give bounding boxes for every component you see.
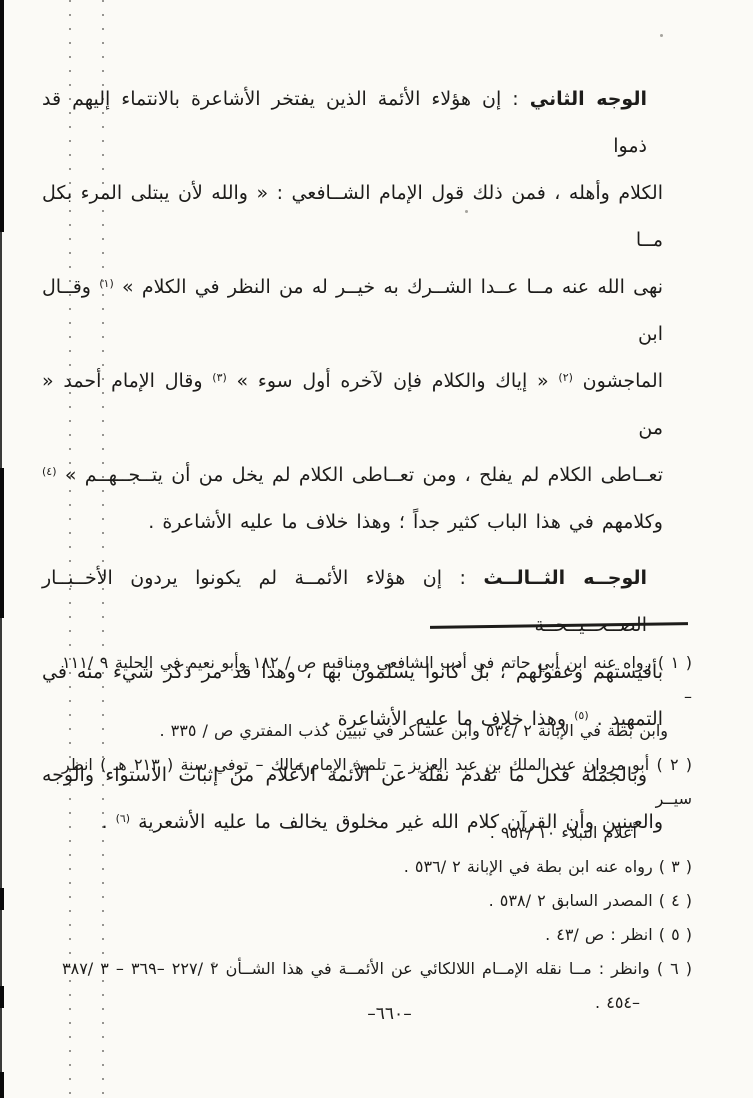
- footnote-line: ( ٣ ) رواه عنه ابن بطة في الإبانة ٢ /٥٣٦…: [62, 850, 692, 884]
- footnote-item: ( ٤ ) المصدر السابق ٢ /٥٣٨ .: [62, 884, 692, 918]
- scan-edge-segment: [0, 468, 4, 618]
- scanned-page: الوجه الثاني : إن هؤلاء الأئمة الذين يفت…: [0, 0, 753, 1098]
- page-number: –٦٦٠–: [0, 1004, 753, 1024]
- footnote-line: ( ١ ) رواه عنه ابن أبي حاتم في أدب الشاف…: [62, 646, 692, 714]
- body-line: وكلامهم في هذا الباب كثير جداً ؛ وهذا خل…: [42, 499, 663, 546]
- body-line: الماجشون (٢) « إياك والكلام فإن لآخره أو…: [42, 358, 663, 452]
- body-line: الوجــه الثــالــث : إن هؤلاء الأئمــة ل…: [42, 555, 663, 649]
- scan-edge-segment: [0, 0, 4, 232]
- body-line: الوجه الثاني : إن هؤلاء الأئمة الذين يفت…: [42, 76, 663, 170]
- footnote-line: ( ٥ ) انظر : ص /٤٣ .: [62, 918, 692, 952]
- scan-edge-segment: [0, 1072, 4, 1098]
- footnotes: ( ١ ) رواه عنه ابن أبي حاتم في أدب الشاف…: [62, 646, 692, 1020]
- scan-edge-segment: [0, 888, 4, 910]
- footnote-item: ( ٢ ) أبو مروان عبد الملك بن عبد العزيز …: [62, 748, 692, 850]
- paragraph: الوجه الثاني : إن هؤلاء الأئمة الذين يفت…: [42, 76, 663, 546]
- footnote-line: وابن بطة في الإبانة ٢ /٥٣٤ وابن عساكر في…: [62, 714, 692, 748]
- footnote-item: ( ١ ) رواه عنه ابن أبي حاتم في أدب الشاف…: [62, 646, 692, 748]
- footnote-line: ( ٤ ) المصدر السابق ٢ /٥٣٨ .: [62, 884, 692, 918]
- scan-speck: [660, 34, 663, 37]
- body-line: نهى الله عنه مــا عــدا الشــرك به خيــر…: [42, 264, 663, 358]
- footnote-item: ( ٥ ) انظر : ص /٤٣ .: [62, 918, 692, 952]
- body-line: تعــاطى الكلام لم يفلح ، ومن تعــاطى الك…: [42, 452, 663, 499]
- body-line: الكلام وأهله ، فمن ذلك قول الإمام الشــا…: [42, 170, 663, 264]
- footnote-line: ( ٦ ) وانظر : مــا نقله الإمــام اللالكا…: [62, 952, 692, 986]
- footnote-line: ( ٢ ) أبو مروان عبد الملك بن عبد العزيز …: [62, 748, 692, 816]
- footnote-item: ( ٣ ) رواه عنه ابن بطة في الإبانة ٢ /٥٣٦…: [62, 850, 692, 884]
- footnote-line: أعلام النبلاء ١٠ /٩٥٣ .: [62, 816, 692, 850]
